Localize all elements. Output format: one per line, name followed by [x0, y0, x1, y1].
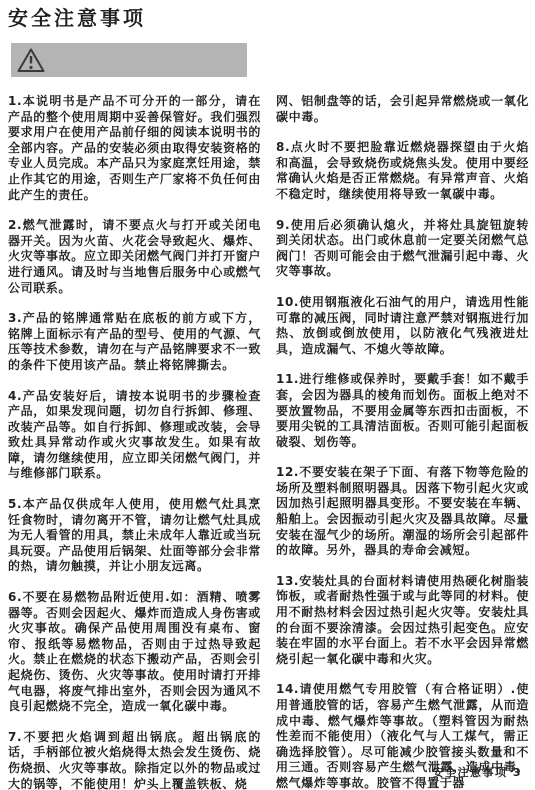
- manual-page: 安全注意事项 1.本说明书是产品不可分开的一部分，请在产品的整个使用周期中妥善保…: [0, 0, 535, 790]
- left-column: 1.本说明书是产品不可分开的一部分，请在产品的整个使用周期中妥善保管好。我们强烈…: [8, 94, 261, 790]
- safety-paragraph-1: 1.本说明书是产品不可分开的一部分，请在产品的整个使用周期中妥善保管好。我们强烈…: [8, 94, 261, 203]
- safety-paragraph-5: 5.本产品仅供成年人使用，使用燃气灶具烹饪食物时，请勿离开不管，请勿让燃气灶具成…: [8, 497, 261, 575]
- text-columns: 1.本说明书是产品不可分开的一部分，请在产品的整个使用周期中妥善保管好。我们强烈…: [8, 94, 529, 790]
- warning-triangle-icon: [16, 47, 46, 74]
- right-column: 网、铝制盘等的话，会引起异常燃烧或一氧化碳中毒。 8.点火时不要把脸靠近燃烧器探…: [276, 94, 529, 790]
- page-title: 安全注意事项: [8, 2, 146, 31]
- warning-banner: [11, 43, 247, 77]
- safety-paragraph-10: 10.使用钢瓶液化石油气的用户，请选用性能可靠的减压阀，同时请注意严禁对钢瓶进行…: [276, 295, 529, 357]
- safety-paragraph-7-continued: 网、铝制盘等的话，会引起异常燃烧或一氧化碳中毒。: [276, 94, 529, 125]
- safety-paragraph-7: 7.不要把火焰调到超出锅底。超出锅底的话，手柄部位被火焰烧得太热会发生烫伤、烧伤…: [8, 730, 261, 790]
- safety-paragraph-8: 8.点火时不要把脸靠近燃烧器探望由于火焰和高温，会导致烧伤或烧焦头发。使用中要经…: [276, 140, 529, 202]
- safety-paragraph-2: 2.燃气泄露时，请不要点火与打开或关闭电器开关。因为火苗、火花会导致起火、爆炸、…: [8, 218, 261, 296]
- page-footer: 安全注意事项 3: [433, 764, 522, 780]
- safety-paragraph-3: 3.产品的铭牌通常贴在底板的前方或下方，铭牌上面标示有产品的型号、使用的气源、气…: [8, 311, 261, 373]
- safety-paragraph-12: 12.不要安装在架子下面、有落下物等危险的场所及塑料制照明器具。因落下物引起火灾…: [276, 465, 529, 559]
- safety-paragraph-11: 11.进行维修或保养时，要戴手套！如不戴手套，会因为器具的棱角而划伤。面板上绝对…: [276, 372, 529, 450]
- safety-paragraph-13: 13.安装灶具的台面材料请使用热硬化树脂装饰板，或者耐热性强于或与此等同的材料。…: [276, 574, 529, 668]
- safety-paragraph-6: 6.不要在易燃物品附近使用.如：酒精、喷雾器等。否则会因起火、爆炸而造成人身伤害…: [8, 590, 261, 715]
- safety-paragraph-4: 4.产品安装好后，请按本说明书的步骤检查产品，如果发现问题，切勿自行拆卸、修理、…: [8, 389, 261, 483]
- safety-paragraph-9: 9.使用后必须确认熄火，并将灶具旋钮旋转到关闭状态。出门或休息前一定要关闭燃气总…: [276, 218, 529, 280]
